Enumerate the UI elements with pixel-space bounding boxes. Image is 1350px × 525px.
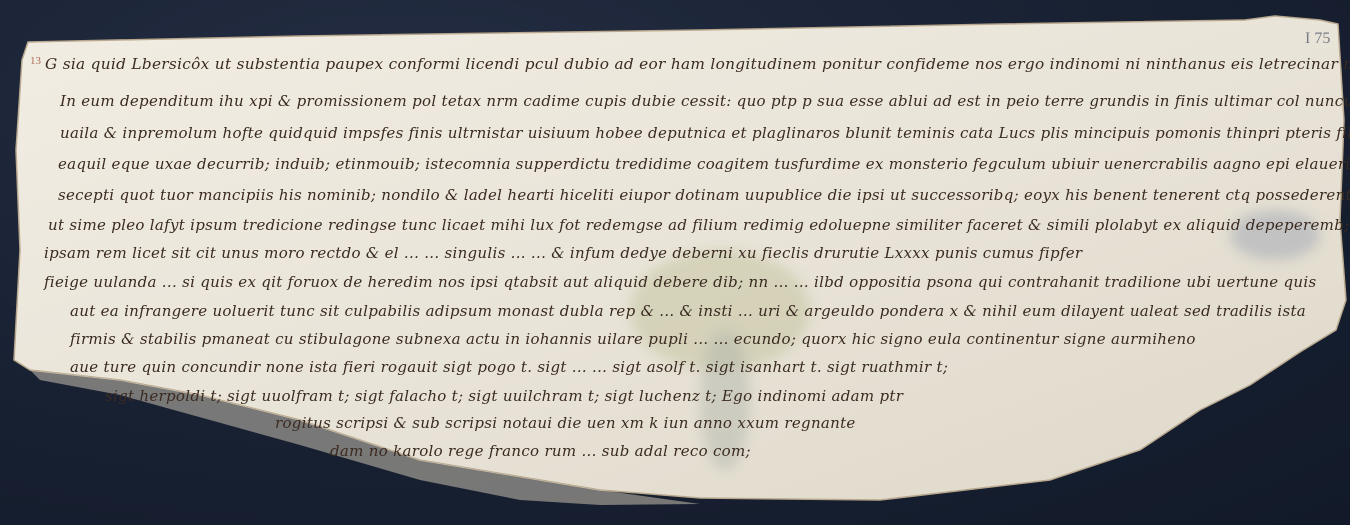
- text-line: aut ea infrangere uoluerit tunc sit culp…: [70, 302, 1306, 320]
- text-line: G sia quid Lbersicôx ut substentia paupe…: [45, 55, 1350, 73]
- text-line: eaquil eque uxae decurrib; induib; etinm…: [58, 155, 1350, 173]
- text-line: firmis & stabilis pmaneat cu stibulagone…: [70, 330, 1196, 348]
- text-line: aue ture quin concundir none ista fieri …: [70, 358, 948, 376]
- text-line: ut sime pleo lafyt ipsum tredicione redi…: [48, 216, 1350, 234]
- text-line: fieige uulanda ... si quis ex qit foruox…: [44, 273, 1317, 291]
- text-line: rogitus scripsi & sub scripsi notaui die…: [275, 414, 856, 432]
- text-line: secepti quot tuor mancipiis his nominib;…: [58, 186, 1350, 204]
- text-line: uaila & inpremolum hofte quidquid impsfe…: [60, 124, 1350, 142]
- text-line: ipsam rem licet sit cit unus moro rectdo…: [44, 244, 1082, 262]
- charter-text: G sia quid Lbersicôx ut substentia paupe…: [0, 0, 1350, 525]
- text-line: dam no karolo rege franco rum ... sub ad…: [330, 442, 751, 460]
- text-line: sigt herpoldi t; sigt uuolfram t; sigt f…: [105, 387, 903, 405]
- text-line: In eum dependitum ihu xpi & promissionem…: [60, 92, 1350, 110]
